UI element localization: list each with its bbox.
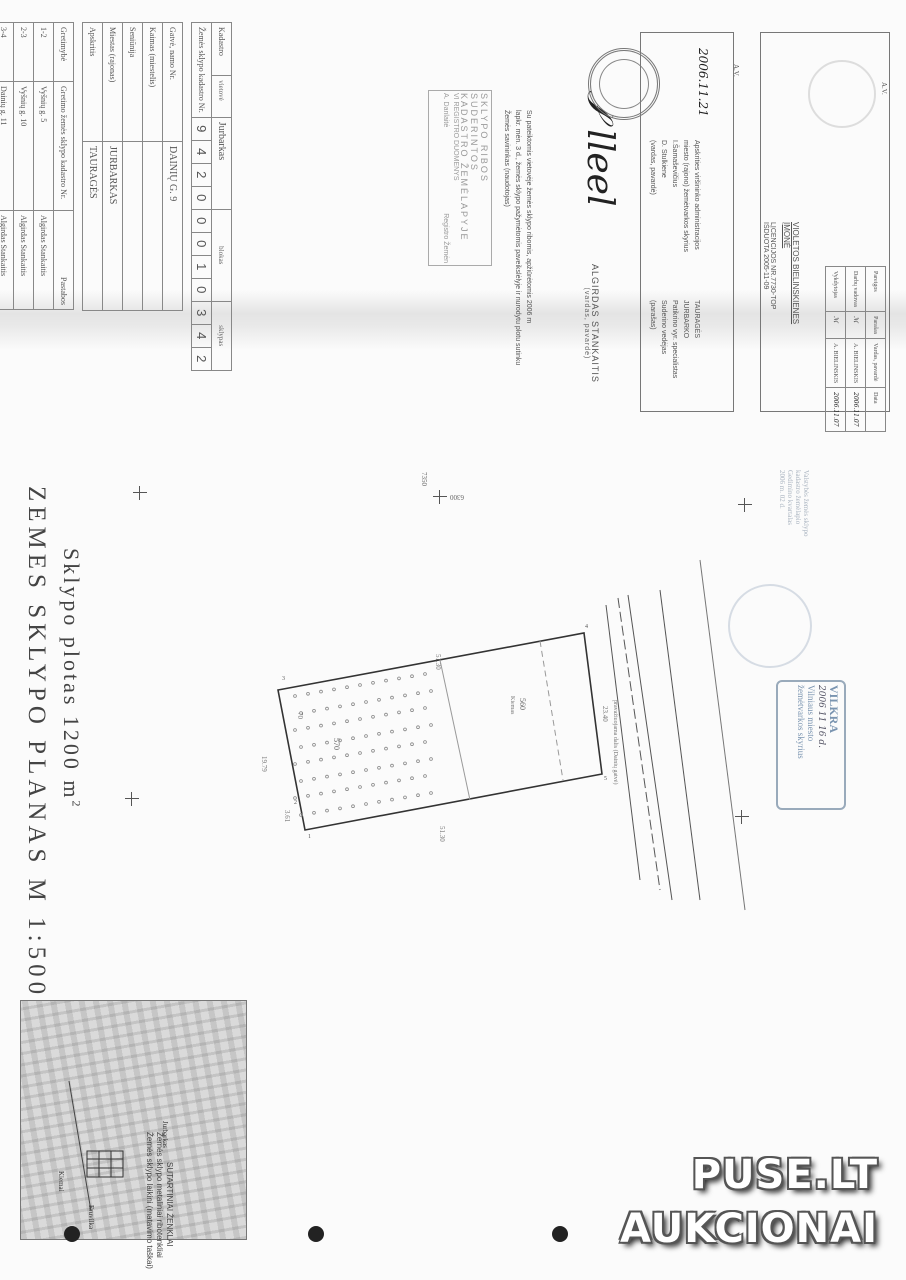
point-label: 4 — [585, 624, 588, 630]
legend-title: SUTARTINIAI ŽENKLAI — [164, 1162, 174, 1269]
dim-left-upper: 19.79 — [260, 756, 268, 772]
dim-right: 23.40 — [601, 706, 609, 722]
dim-left-lower: 3.61 — [283, 810, 291, 823]
blue-faded-stamp: Valstybės žemės sklypo kadastro žemėlapi… — [778, 470, 810, 537]
watermark-line-2: AUKCIONAI — [620, 1206, 878, 1252]
stamp-line: 2006 11 16 d. — [816, 685, 826, 805]
legend: SUTARTINIAI ŽENKLAI Žemės sklypo metalin… — [144, 1132, 174, 1269]
stamp-line: Vilniaus miesto — [806, 685, 816, 805]
area-value: 570 — [332, 738, 341, 750]
stamp-line: Valstybės žemės sklypo — [802, 470, 810, 537]
scanned-document-page: ZEMES SKLYPO PLANAS M 1:500 Sklypo plota… — [0, 0, 906, 1280]
street-label: pravažiuojama dalis (Dainių gatvė) — [612, 700, 619, 784]
location-map: Kiemai Jurbarkas Eruvilka — [20, 1000, 247, 1240]
stamp-line: VILKRA — [826, 685, 841, 805]
watermark-line-1: PUSE.LT — [692, 1152, 878, 1198]
area-label: Kiemas — [509, 696, 515, 715]
area-value: 560 — [518, 698, 527, 710]
point-label: 2 — [294, 800, 297, 806]
stamp-line: kadastro žemėlapio — [794, 470, 802, 537]
legend-item: Žemės sklypo metaliniai ribotenkliai — [154, 1132, 164, 1269]
point-label: 3 — [282, 676, 285, 682]
point-label: 1 — [308, 834, 311, 840]
dim-bottom: 51.30 — [438, 826, 446, 842]
binder-hole — [308, 1226, 324, 1242]
binder-hole — [552, 1226, 568, 1242]
map-label: Eruvilka — [87, 1205, 95, 1229]
vilkra-stamp: VILKRA 2006 11 16 d. Vilniaus miesto žem… — [776, 680, 846, 810]
map-label: Kiemai — [57, 1171, 65, 1192]
binder-hole — [64, 1226, 80, 1242]
legend-item: Žemės sklypo laikini (matavimo taškai) — [144, 1132, 154, 1269]
stamp-line: Gedimino kvartalas — [786, 470, 794, 537]
dim-inner: 70 — [296, 712, 304, 720]
dim-top: 51.30 — [434, 654, 442, 670]
point-label: 5 — [604, 776, 607, 782]
stamp-line: žemėtvarkos skyrius — [796, 685, 806, 805]
faded-round-stamp — [728, 584, 812, 668]
stamp-line: 2006 m. 02 d. — [778, 470, 786, 537]
